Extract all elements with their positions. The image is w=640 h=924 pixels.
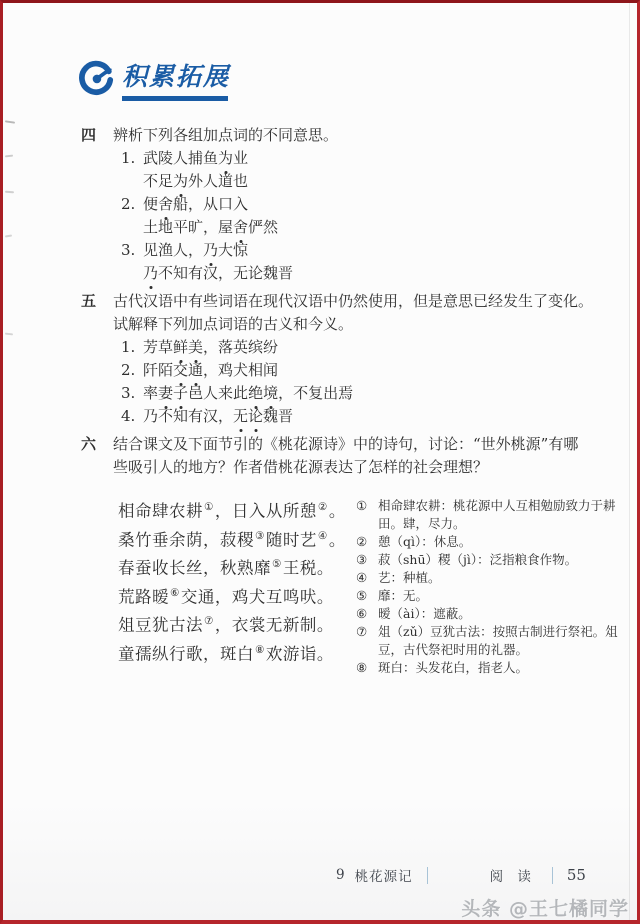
page-number: 55	[567, 866, 586, 884]
poem-note: ⑧斑白：头发花白，指老人。	[356, 659, 624, 677]
text-segment: 交通，鸡犬互鸣吠。	[181, 587, 334, 606]
exercise-number: 四	[81, 124, 113, 147]
poem-lines: 相命肆农耕①，日入从所憩②。桑竹垂余荫，菽稷③随时艺④。春蚕收长丝，秋熟靡⑤王税…	[118, 495, 356, 677]
emphasis-dotted-char: 为	[173, 170, 188, 193]
item-number: 2.	[121, 193, 143, 216]
item-lines: 见渔人，乃大惊乃不知有汉，无论魏晋	[143, 239, 616, 285]
text-segment: 武陵人捕鱼	[143, 149, 218, 167]
section-header: 积累拓展	[77, 59, 230, 101]
exercise-body: 古代汉语中有些词语在现代汉语中仍然使用，但是意思已经发生了变化。试解释下列加点词…	[113, 290, 616, 428]
text-segment: 。	[329, 530, 346, 549]
footer-divider	[552, 867, 553, 884]
exercise-prompt-line: 些吸引人的地方？作者借桃花源表达了怎样的社会理想？	[113, 456, 616, 479]
text-segment: 春蚕收长丝，秋熟靡	[118, 559, 271, 578]
text-segment: 随时艺	[266, 530, 317, 549]
text-segment: 不知有汉，无论魏晋	[158, 264, 293, 282]
exercise-list: 四辨析下列各组加点词的不同意思。1.武陵人捕鱼为业不足为外人道也2.便舍船，从口…	[81, 124, 616, 484]
item-lines: 芳草鲜美，落英缤纷	[143, 336, 616, 359]
text-segment: 土地平旷，屋	[143, 218, 233, 236]
superscript-note-ref: ⑤	[272, 558, 282, 570]
poem-note: ④艺：种植。	[356, 569, 624, 587]
footer-section-label: 阅 读	[490, 865, 536, 885]
text-segment: 不足	[143, 172, 173, 190]
item-line: 乃不知有汉，无论魏晋	[143, 262, 616, 285]
text-segment: 桑竹垂余荫，菽稷	[118, 530, 254, 549]
exercise-item: 2.阡陌交通，鸡犬相闻	[121, 359, 616, 382]
note-number: ⑥	[356, 605, 374, 623]
exercise-items: 1.武陵人捕鱼为业不足为外人道也2.便舍船，从口入土地平旷，屋舍俨然3.见渔人，…	[121, 147, 616, 285]
superscript-note-ref: ③	[255, 530, 265, 542]
note-number: ④	[356, 569, 374, 587]
superscript-note-ref: ⑦	[204, 615, 214, 627]
photographed-textbook-page: 积累拓展 四辨析下列各组加点词的不同意思。1.武陵人捕鱼为业不足为外人道也2.便…	[0, 0, 640, 924]
note-number: ①	[356, 497, 374, 515]
poem-line: 荒路暧⑥交通，鸡犬互鸣吠。	[118, 581, 356, 610]
page-edge-line	[629, 3, 630, 920]
emphasis-dotted-char: 绝	[248, 382, 263, 405]
emphasis-dotted-char: 妻	[158, 382, 173, 405]
text-segment: 乃不知有汉，	[143, 407, 233, 425]
item-line: 土地平旷，屋舍俨然	[143, 216, 616, 239]
lesson-number: 9	[336, 867, 345, 883]
text-segment: ，不复出焉	[278, 384, 353, 402]
text-segment: 邑人来此	[188, 384, 248, 402]
superscript-note-ref: ①	[204, 501, 214, 513]
item-line: 芳草鲜美，落英缤纷	[143, 336, 616, 359]
exercise-prompt-line: 古代汉语中有些词语在现代汉语中仍然使用，但是意思已经发生了变化。	[113, 290, 616, 313]
text-segment: 阡陌	[143, 361, 173, 379]
exercise-section: 四辨析下列各组加点词的不同意思。1.武陵人捕鱼为业不足为外人道也2.便舍船，从口…	[81, 124, 616, 285]
item-line: 乃不知有汉，无论魏晋	[143, 405, 616, 428]
poem-annotations: ①相命肆农耕：桃花源中人互相勉励致力于耕田。肆，尽力。②憩（qì）：休息。③菽（…	[356, 495, 624, 677]
item-number: 1.	[121, 336, 143, 359]
poem-note: ⑤靡：无。	[356, 587, 624, 605]
item-lines: 阡陌交通，鸡犬相闻	[143, 359, 616, 382]
text-segment: 。	[329, 502, 346, 521]
poem-line: 俎豆犹古法⑦，衣裳无新制。	[118, 609, 356, 638]
item-lines: 便舍船，从口入土地平旷，屋舍俨然	[143, 193, 616, 239]
spine-mark	[5, 235, 12, 238]
poem-note: ③菽（shū）稷（jì）：泛指粮食作物。	[356, 551, 624, 569]
emphasis-dotted-char: 为	[218, 147, 233, 170]
text-segment: 俎豆犹古法	[118, 616, 203, 635]
poem-line: 桑竹垂余荫，菽稷③随时艺④。	[118, 524, 356, 553]
note-text: 靡：无。	[378, 587, 624, 605]
emphasis-dotted-char: 论	[248, 405, 263, 428]
exercise-body: 结合课文及下面节引的《桃花源诗》中的诗句，讨论：“世外桃源”有哪些吸引人的地方？…	[113, 433, 616, 479]
exercise-prompt-line: 结合课文及下面节引的《桃花源诗》中的诗句，讨论：“世外桃源”有哪	[113, 433, 616, 456]
emphasis-dotted-char: 舍	[233, 216, 248, 239]
text-segment: 魏晋	[263, 407, 293, 425]
note-number: ⑦	[356, 623, 374, 641]
text-segment: ，衣裳无新制。	[215, 616, 334, 635]
text-segment: ，日入从所憩	[215, 502, 317, 521]
text-segment: 相命肆农耕	[118, 502, 203, 521]
superscript-note-ref: ②	[318, 501, 328, 513]
exercise-items: 1.芳草鲜美，落英缤纷2.阡陌交通，鸡犬相闻3.率妻子邑人来此绝境，不复出焉4.…	[121, 336, 616, 428]
text-segment: 芳草	[143, 338, 173, 356]
item-lines: 武陵人捕鱼为业不足为外人道也	[143, 147, 616, 193]
poem-note: ⑦俎（zǔ）豆犹古法：按照古制进行祭祀。俎豆，古代祭祀时用的礼器。	[356, 623, 624, 659]
item-line: 武陵人捕鱼为业	[143, 147, 616, 170]
note-text: 憩（qì）：休息。	[378, 533, 624, 551]
text-segment: ，鸡犬相闻	[203, 361, 278, 379]
note-number: ③	[356, 551, 374, 569]
item-line: 率妻子邑人来此绝境，不复出焉	[143, 382, 616, 405]
emphasis-dotted-char: 子	[173, 382, 188, 405]
text-segment: 便	[143, 195, 158, 213]
spine-mark	[5, 155, 13, 158]
text-segment: 荒路暧	[118, 587, 169, 606]
text-segment: 王税。	[283, 559, 334, 578]
exercise-number: 五	[81, 290, 113, 313]
emphasis-dotted-char: 境	[263, 382, 278, 405]
exercise-section: 六结合课文及下面节引的《桃花源诗》中的诗句，讨论：“世外桃源”有哪些吸引人的地方…	[81, 433, 616, 479]
text-segment: 童孺纵行歌，斑白	[118, 644, 254, 663]
text-segment: 欢游诣。	[266, 644, 334, 663]
poem-line: 春蚕收长丝，秋熟靡⑤王税。	[118, 552, 356, 581]
exercise-number: 六	[81, 433, 113, 456]
superscript-note-ref: ④	[318, 530, 328, 542]
exercise-body: 辨析下列各组加点词的不同意思。1.武陵人捕鱼为业不足为外人道也2.便舍船，从口入…	[113, 124, 616, 285]
section-title-underline	[122, 96, 228, 101]
text-segment: 率	[143, 384, 158, 402]
emphasis-dotted-char: 交	[173, 359, 188, 382]
spine-mark	[5, 191, 14, 194]
superscript-note-ref: ⑧	[255, 644, 265, 656]
item-line: 阡陌交通，鸡犬相闻	[143, 359, 616, 382]
item-lines: 率妻子邑人来此绝境，不复出焉	[143, 382, 616, 405]
emphasis-dotted-char: 通	[188, 359, 203, 382]
poem-block: 相命肆农耕①，日入从所憩②。桑竹垂余荫，菽稷③随时艺④。春蚕收长丝，秋熟靡⑤王税…	[118, 495, 619, 677]
text-segment: ，落英缤纷	[203, 338, 278, 356]
emphasis-dotted-char: 舍	[158, 193, 173, 216]
text-segment: 业	[233, 149, 248, 167]
item-line: 见渔人，乃大惊	[143, 239, 616, 262]
poem-note: ⑥暧（ài）：遮蔽。	[356, 605, 624, 623]
section-title-wrap: 积累拓展	[122, 59, 230, 101]
note-number: ②	[356, 533, 374, 551]
poem-line: 相命肆农耕①，日入从所憩②。	[118, 495, 356, 524]
spine-mark	[5, 120, 15, 123]
exercise-item: 4.乃不知有汉，无论魏晋	[121, 405, 616, 428]
exercise-prompt-line: 试解释下列加点词语的古义和今义。	[113, 313, 616, 336]
circular-arrow-icon	[77, 59, 115, 97]
item-lines: 乃不知有汉，无论魏晋	[143, 405, 616, 428]
emphasis-dotted-char: 美	[188, 336, 203, 359]
emphasis-dotted-char: 乃	[143, 262, 158, 285]
note-text: 菽（shū）稷（jì）：泛指粮食作物。	[378, 551, 624, 569]
footer-divider	[427, 867, 428, 884]
note-text: 暧（ài）：遮蔽。	[378, 605, 624, 623]
exercise-item: 3.见渔人，乃大惊乃不知有汉，无论魏晋	[121, 239, 616, 285]
toutiao-watermark: 头条 @王七橘同学	[461, 894, 629, 921]
emphasis-dotted-char: 乃	[203, 239, 218, 262]
text-segment: 外人道也	[188, 172, 248, 190]
spine-mark	[5, 333, 13, 336]
item-number: 4.	[121, 405, 143, 428]
text-segment: 船，从口入	[173, 195, 248, 213]
note-number: ⑤	[356, 587, 374, 605]
poem-note: ②憩（qì）：休息。	[356, 533, 624, 551]
item-number: 3.	[121, 382, 143, 405]
emphasis-dotted-char: 无	[233, 405, 248, 428]
item-number: 1.	[121, 147, 143, 170]
superscript-note-ref: ⑥	[170, 587, 180, 599]
exercise-prompt-line: 辨析下列各组加点词的不同意思。	[113, 124, 616, 147]
note-text: 斑白：头发花白，指老人。	[378, 659, 624, 677]
note-number: ⑧	[356, 659, 374, 677]
text-segment: 大惊	[218, 241, 248, 259]
item-line: 便舍船，从口入	[143, 193, 616, 216]
exercise-item: 2.便舍船，从口入土地平旷，屋舍俨然	[121, 193, 616, 239]
page-footer: 9 桃花源记 阅 读 55	[336, 865, 586, 885]
note-text: 相命肆农耕：桃花源中人互相勉励致力于耕田。肆，尽力。	[378, 497, 624, 533]
poem-note: ①相命肆农耕：桃花源中人互相勉励致力于耕田。肆，尽力。	[356, 497, 624, 533]
text-segment: 俨然	[248, 218, 278, 236]
lesson-title: 桃花源记	[355, 865, 413, 885]
emphasis-dotted-char: 鲜	[173, 336, 188, 359]
exercise-section: 五古代汉语中有些词语在现代汉语中仍然使用，但是意思已经发生了变化。试解释下列加点…	[81, 290, 616, 428]
poem-line: 童孺纵行歌，斑白⑧欢游诣。	[118, 638, 356, 667]
note-text: 俎（zǔ）豆犹古法：按照古制进行祭祀。俎豆，古代祭祀时用的礼器。	[378, 623, 624, 659]
item-line: 不足为外人道也	[143, 170, 616, 193]
item-number: 3.	[121, 239, 143, 262]
text-segment: 见渔人，	[143, 241, 203, 259]
note-text: 艺：种植。	[378, 569, 624, 587]
exercise-item: 1.武陵人捕鱼为业不足为外人道也	[121, 147, 616, 193]
exercise-item: 1.芳草鲜美，落英缤纷	[121, 336, 616, 359]
section-title: 积累拓展	[122, 61, 230, 93]
item-number: 2.	[121, 359, 143, 382]
